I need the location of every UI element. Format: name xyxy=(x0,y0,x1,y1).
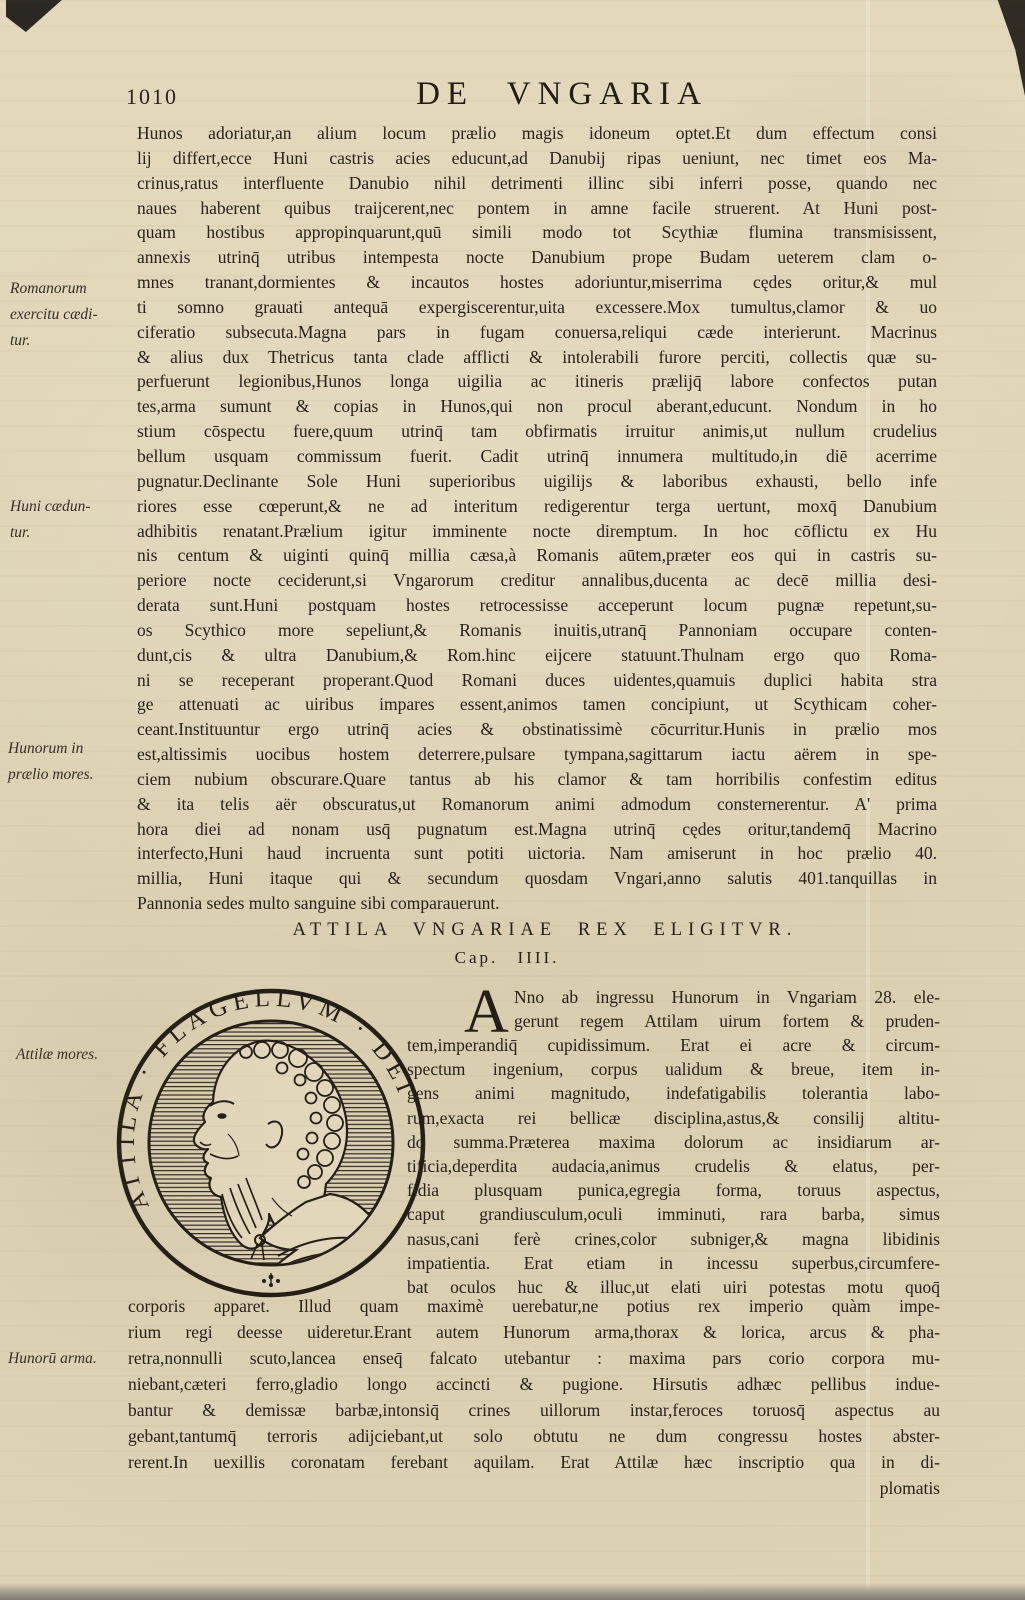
body-line: lij differt,ecce Huni castris acies educ… xyxy=(137,146,937,171)
bottom-paragraph: corporis apparet. Illud quam maximè uere… xyxy=(128,1293,940,1475)
attila-line: rum,exacta rei bellicæ disciplina,astus,… xyxy=(407,1106,940,1130)
bottom-line: bantur & demissæ barbæ,intonsiq̄ crines … xyxy=(128,1397,940,1423)
body-line: os Scythico more sepeliunt,& Romanis inu… xyxy=(137,618,937,643)
scan-edge-bottom xyxy=(0,1583,1025,1600)
attila-line: caput grandiusculum,oculi imminuti, rara… xyxy=(407,1202,940,1226)
attila-line: do summa.Præterea maxima dolorum ac insi… xyxy=(407,1130,940,1154)
body-line: perfuerunt legionibus,Hunos longa uigili… xyxy=(137,369,937,394)
body-line: mnes tranant,dormientes & incautos hoste… xyxy=(137,270,937,295)
catchword-block: plomatis xyxy=(128,1475,940,1501)
bottom-line: niebant,cæteri ferro,gladio longo accinc… xyxy=(128,1371,940,1397)
body-line: dunt,cis & ultra Danubium,& Rom.hinc eij… xyxy=(137,643,937,668)
body-line: quam hostibus appropinquarunt,quū simili… xyxy=(137,220,937,245)
margin-note-hunorum-mores: Hunorum in prælio mores. xyxy=(8,736,132,788)
body-line: hora diei ad nonam usq̄ pugnatum est.Mag… xyxy=(137,817,937,842)
body-line: Hunos adoriatur,an alium locum prælio ma… xyxy=(137,121,937,146)
attila-line: fidia plusquam punica,egregia forma, tor… xyxy=(407,1178,940,1202)
body-paragraph-last-line: Pannonia sedes multo sanguine sibi compa… xyxy=(137,891,937,916)
attila-line: gerunt regem Attilam uirum fortem & prud… xyxy=(514,1009,940,1033)
body-line: pugnatur.Declinante Sole Huni superiorib… xyxy=(137,469,937,494)
margin-note-huni: Huni cædun- tur. xyxy=(10,494,134,546)
body-paragraph: Hunos adoriatur,an alium locum prælio ma… xyxy=(137,121,937,891)
body-line: & alius dux Thetricus tanta clade afflic… xyxy=(137,345,937,370)
body-line: Pannonia sedes multo sanguine sibi compa… xyxy=(137,891,937,916)
body-line: naues haberent quibus traijcerent,nec po… xyxy=(137,196,937,221)
bottom-line: gebant,tantumq̄ terroris adijciebant,ut … xyxy=(128,1423,940,1449)
running-title: DE VNGARIA xyxy=(137,76,987,113)
body-line: ciem nubium obscurare.Quare tantus ab hi… xyxy=(137,767,937,792)
bottom-line: rium regi deesse uideretur.Erant autem H… xyxy=(128,1319,940,1345)
body-line: ceant.Instituuntur ergo utrinq̄ acies & … xyxy=(137,717,937,742)
body-line: nis centum & uiginti quinq̄ millia cæsa,… xyxy=(137,543,937,568)
chapter-heading: ATTILA VNGARIAE REX ELIGITVR. xyxy=(137,920,953,941)
margin-note-romanorum: Romanorum exercitu cædi- tur. xyxy=(10,276,134,354)
body-line: tes,arma sumunt & copias in Hunos,qui no… xyxy=(137,394,937,419)
attila-line: impatientia. Erat etiam in incessu super… xyxy=(407,1251,940,1275)
catchword: plomatis xyxy=(128,1475,940,1501)
body-line: bellum usquam commissum fuerit. Cadit ut… xyxy=(137,444,937,469)
body-line: adhibitis renatant.Prælium igitur immine… xyxy=(137,519,937,544)
body-line: interfecto,Huni haud incruenta sunt poti… xyxy=(137,841,937,866)
attila-paragraph: tem,imperandiq̄ cupidissimum. Erat ei ac… xyxy=(407,1033,940,1299)
ring-bottom-ornament xyxy=(262,1273,280,1287)
body-line: periore nocte ceciderunt,si Vngarorum cr… xyxy=(137,568,937,593)
body-line: ciferatio subsecuta.Magna pars in fugam … xyxy=(137,320,937,345)
attila-line: nasus,cani ferè crines,color subniger,& … xyxy=(407,1227,940,1251)
attila-line: Nno ab ingressu Hunorum in Vngariam 28. … xyxy=(514,985,940,1009)
body-line: est,altissimis uocibus hostem deterrere,… xyxy=(137,742,937,767)
body-line: millia, Huni itaque qui & secundum quosd… xyxy=(137,866,937,891)
body-line: annexis utrinq̄ utribus intempesta nocte… xyxy=(137,245,937,270)
body-line: crinus,ratus interfluente Danubio nihil … xyxy=(137,171,937,196)
attila-line: gens animi magnitudo, indefatigabilis to… xyxy=(407,1081,940,1105)
scan-edge-top-right xyxy=(981,0,1025,96)
attila-line: tem,imperandiq̄ cupidissimum. Erat ei ac… xyxy=(407,1033,940,1057)
scan-edge-top-left xyxy=(6,0,68,32)
attila-paragraph-indented: Nno ab ingressu Hunorum in Vngariam 28. … xyxy=(514,985,940,1033)
bottom-line: rerent.In uexillis coronatam ferebant aq… xyxy=(128,1449,940,1475)
attila-line: spectum ingenium, corpus ualidum & breue… xyxy=(407,1057,940,1081)
body-line: riores esse cœperunt,& ne ad interitum r… xyxy=(137,494,937,519)
body-line: ni se receperant properant.Quod Romani d… xyxy=(137,668,937,693)
body-line: derata sunt.Huni postquam hostes retroce… xyxy=(137,593,937,618)
body-line: ti somno grauati antequā expergiscerentu… xyxy=(137,295,937,320)
bottom-line: retra,nonnulli scuto,lancea enseq̄ falca… xyxy=(128,1345,940,1371)
body-line: stium cōspectu fuere,quum utrinq̄ tam ob… xyxy=(137,419,937,444)
body-line: ge attenuati ac uiribus impares essent,a… xyxy=(137,692,937,717)
attila-medallion-woodcut: ATTILA · FLAGELLVM · DEI xyxy=(110,988,432,1300)
attila-line: tificia,deperdita audacia,animus crudeli… xyxy=(407,1154,940,1178)
chapter-number: Cap. IIII. xyxy=(137,948,877,968)
body-line: & ita telis aër obscuratus,ut Romanorum … xyxy=(137,792,937,817)
bottom-line: corporis apparet. Illud quam maximè uere… xyxy=(128,1293,940,1319)
scanned-book-page: 1010 DE VNGARIA Hunos adoriatur,an alium… xyxy=(0,0,1025,1600)
margin-note-hunorum-arma: Hunorū arma. xyxy=(8,1346,132,1372)
